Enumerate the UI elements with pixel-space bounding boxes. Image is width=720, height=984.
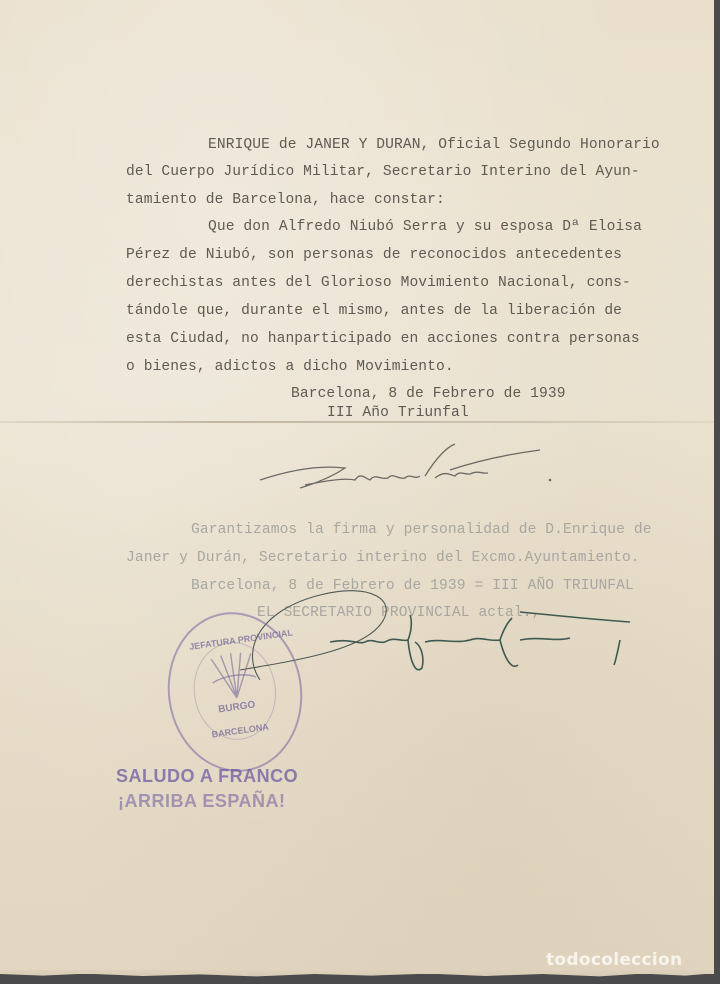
- cert-line-3: tamiento de Barcelona, hace constar:: [126, 192, 445, 208]
- cert-line-7: tándole que, durante el mismo, antes de …: [126, 303, 622, 319]
- document-paper: ENRIQUE de JANER Y DURAN, Oficial Segund…: [0, 0, 714, 974]
- cert-line-2: del Cuerpo Jurídico Militar, Secretario …: [126, 164, 640, 180]
- stamp-line-1: SALUDO A FRANCO: [116, 766, 298, 787]
- guarantee-line-2: Janer y Durán, Secretario interino del E…: [126, 550, 640, 566]
- cert-line-4: Que don Alfredo Niubó Serra y su esposa …: [208, 219, 642, 235]
- yoke-arrows-icon: [200, 646, 266, 704]
- fold-line: [0, 421, 714, 423]
- guarantee-line-1: Garantizamos la firma y personalidad de …: [191, 522, 652, 538]
- cert-line-8: esta Ciudad, no hanparticipado en accion…: [126, 331, 640, 347]
- cert-line-9: o bienes, adictos a dicho Movimiento.: [126, 359, 454, 375]
- cert-line-6: derechistas antes del Glorioso Movimient…: [126, 275, 631, 291]
- cert-year-label: III Año Triunfal: [327, 405, 469, 421]
- stamp-line-2: ¡ARRIBA ESPAÑA!: [118, 791, 286, 812]
- watermark: todocoleccion: [546, 950, 682, 970]
- cert-line-1: ENRIQUE de JANER Y DURAN, Oficial Segund…: [208, 137, 660, 153]
- signature-janer: [250, 440, 570, 500]
- cert-place-date: Barcelona, 8 de Febrero de 1939: [291, 386, 566, 402]
- cert-line-5: Pérez de Niubó, son personas de reconoci…: [126, 247, 622, 263]
- falange-seal: JEFATURA PROVINCIAL BURGO BARCELONA: [158, 603, 313, 780]
